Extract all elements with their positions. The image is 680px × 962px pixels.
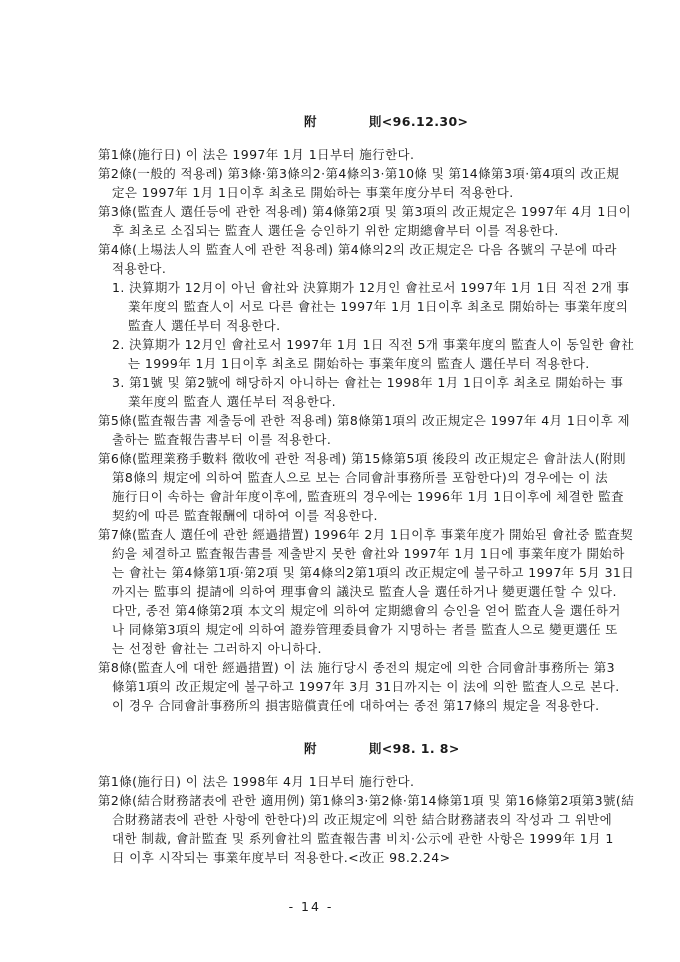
text-line: 條第1項의 改正規定에 불구하고 1997年 3月 31日까지는 이 法에 의한… (98, 677, 584, 696)
text-line: 約을 체결하고 監査報告書를 제출받지 못한 會社와 1997年 1月 1日에 … (98, 544, 584, 563)
text-line: 第5條(監査報告書 제출등에 관한 적용례) 第8條第1項의 改正規定은 199… (98, 411, 584, 430)
text-line: 第2條(結合財務諸表에 관한 適用例) 第1條의3·第2條·第14條第1項 및 … (98, 791, 584, 810)
appendix-2-title: 附 則<98. 1. 8> (98, 739, 584, 758)
text-line: 2. 決算期가 12月인 會社로서 1997年 1月 1日 직전 5개 事業年度… (98, 335, 584, 354)
text-line: 다만, 종전 第4條第2項 本文의 規定에 의하여 定期總會의 승인을 얻어 監… (98, 601, 584, 620)
text-line: 후 최초로 소집되는 監査人 選任을 승인하기 위한 定期總會부터 이를 적용한… (98, 221, 584, 240)
text-line: 施行日이 속하는 會計年度이후에, 監査班의 경우에는 1996年 1月 1日이… (98, 487, 584, 506)
text-line: 第3條(監査人 選任등에 관한 적용례) 第4條第2項 및 第3項의 改正規定은… (98, 202, 584, 221)
text-line: 業年度의 監査人 選任부터 적용한다. (98, 392, 584, 411)
text-line: 第1條(施行日) 이 法은 1998年 4月 1日부터 施行한다. (98, 772, 584, 791)
text-line: 第4條(上場法人의 監査人에 관한 적용례) 第4條의2의 改正規定은 다음 各… (98, 240, 584, 259)
document-body: 附 則<96.12.30> 第1條(施行日) 이 法은 1997年 1月 1日부… (98, 112, 584, 867)
text-line: 는 선정한 會社는 그러하지 아니하다. (98, 639, 584, 658)
appendix-1-title: 附 則<96.12.30> (98, 112, 584, 131)
text-line: 第2條(一般的 적용례) 第3條·第3條의2·第4條의3·第10條 및 第14條… (98, 164, 584, 183)
text-line: 는 會社는 第4條第1項·第2項 및 第4條의2第1項의 改正規定에 불구하고 … (98, 563, 584, 582)
text-line: 3. 第1號 및 第2號에 해당하지 아니하는 會社는 1998年 1月 1日이… (98, 373, 584, 392)
appendix-1-title-left: 附 (304, 112, 317, 131)
text-line: 第7條(監査人 選任에 관한 經過措置) 1996年 2月 1日이후 事業年度가… (98, 525, 584, 544)
text-line: 日 이후 시작되는 事業年度부터 적용한다.<改正 98.2.24> (98, 848, 584, 867)
text-line: 출하는 監査報告書부터 이를 적용한다. (98, 430, 584, 449)
text-line: 는 1999年 1月 1日이후 최초로 開始하는 事業年度의 監査人 選任부터 … (98, 354, 584, 373)
appendix-1-title-right: 則<96.12.30> (369, 112, 469, 131)
text-line: 1. 決算期가 12月이 아닌 會社와 決算期가 12月인 會社로서 1997年… (98, 278, 584, 297)
text-line: 까지는 監事의 提請에 의하여 理事會의 議決로 監査人을 選任하거나 變更選任… (98, 582, 584, 601)
appendix-section-1: 附 則<96.12.30> 第1條(施行日) 이 法은 1997年 1月 1日부… (98, 112, 584, 715)
text-line: 業年度의 監査人이 서로 다른 會社는 1997年 1月 1日이후 최초로 開始… (98, 297, 584, 316)
text-line: 定은 1997年 1月 1日이후 최초로 開始하는 事業年度分부터 적용한다. (98, 183, 584, 202)
text-line: 契約에 따른 監査報酬에 대하여 이를 적용한다. (98, 506, 584, 525)
text-line: 監査人 選任부터 적용한다. (98, 316, 584, 335)
text-line: 合財務諸表에 관한 사항에 한한다)의 改正規定에 의한 結合財務諸表의 작성과… (98, 810, 584, 829)
text-line: 第6條(監理業務手數料 徵收에 관한 적용례) 第15條第5項 後段의 改正規定… (98, 449, 584, 468)
text-line: 第8條의 規定에 의하여 監査人으로 보는 合同會計事務所를 포함한다)의 경우… (98, 468, 584, 487)
text-line: 이 경우 合同會計事務所의 損害賠償責任에 대하여는 종전 第17條의 規定을 … (98, 696, 584, 715)
text-line: 나 同條第3項의 規定에 의하여 證券管理委員會가 지명하는 者를 監査人으로 … (98, 620, 584, 639)
text-line: 대한 制裁, 會計監査 및 系列會社의 監査報告書 비치·公示에 관한 사항은 … (98, 829, 584, 848)
text-line: 第1條(施行日) 이 法은 1997年 1月 1日부터 施行한다. (98, 145, 584, 164)
document-page: 附 則<96.12.30> 第1條(施行日) 이 法은 1997年 1月 1日부… (0, 0, 680, 962)
appendix-2-title-right: 則<98. 1. 8> (369, 739, 460, 758)
appendix-section-2: 附 則<98. 1. 8> 第1條(施行日) 이 法은 1998年 4月 1日부… (98, 739, 584, 867)
appendix-2-title-left: 附 (304, 739, 317, 758)
page-number: - 14 - (0, 897, 622, 916)
text-line: 第8條(監査人에 대한 經過措置) 이 法 施行당시 종전의 規定에 의한 合同… (98, 658, 584, 677)
text-line: 적용한다. (98, 259, 584, 278)
